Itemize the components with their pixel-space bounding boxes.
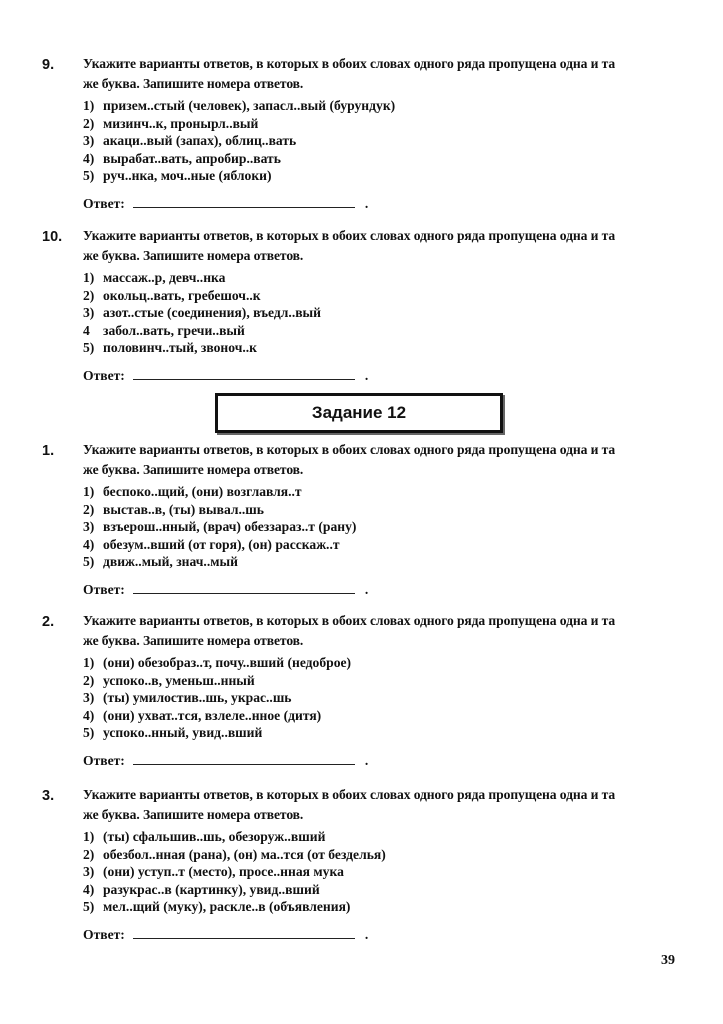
option-item: 5)успоко..нный, увид..вший: [83, 724, 351, 742]
option-text: движ..мый, знач..мый: [103, 554, 238, 569]
option-text: окольц..вать, гребешоч..к: [103, 288, 261, 303]
option-item: 5)движ..мый, знач..мый: [83, 553, 356, 571]
options-list: 1)массаж..р, девч..нка2)окольц..вать, гр…: [83, 269, 321, 357]
option-item: 3)азот..стые (соединения), въедл..вый: [83, 304, 321, 322]
option-text: успоко..нный, увид..вший: [103, 725, 262, 740]
option-text: разукрас..в (картинку), увид..вший: [103, 882, 320, 897]
answer-period: .: [365, 582, 368, 597]
task-question: Укажите варианты ответов, в которых в об…: [83, 785, 683, 825]
option-number: 3): [83, 689, 103, 707]
option-text: руч..нка, моч..ные (яблоки): [103, 168, 272, 183]
question-line-2: же буква. Запишите номера ответов.: [83, 805, 683, 825]
option-number: 1): [83, 654, 103, 672]
option-item: 2)окольц..вать, гребешоч..к: [83, 287, 321, 305]
option-text: обезум..вший (от горя), (он) расскаж..т: [103, 537, 340, 552]
option-text: азот..стые (соединения), въедл..вый: [103, 305, 321, 320]
answer-row: Ответ:.: [83, 752, 368, 769]
option-text: беспоко..щий, (они) возглавля..т: [103, 484, 302, 499]
options-list: 1)призем..стый (человек), запасл..вый (б…: [83, 97, 395, 185]
option-text: успоко..в, уменьш..нный: [103, 673, 255, 688]
option-item: 2)выстав..в, (ты) вывал..шь: [83, 501, 356, 519]
option-number: 1): [83, 483, 103, 501]
answer-period: .: [365, 368, 368, 383]
option-item: 5)мел..щий (муку), раскле..в (объявления…: [83, 898, 386, 916]
option-item: 5)половинч..тый, звоноч..к: [83, 339, 321, 357]
question-line-2: же буква. Запишите номера ответов.: [83, 246, 683, 266]
option-text: мел..щий (муку), раскле..в (объявления): [103, 899, 350, 914]
option-item: 5)руч..нка, моч..ные (яблоки): [83, 167, 395, 185]
option-number: 3): [83, 304, 103, 322]
section-header-box: Задание 12: [215, 393, 503, 433]
answer-label: Ответ:: [83, 927, 125, 942]
options-list: 1)беспоко..щий, (они) возглавля..т2)выст…: [83, 483, 356, 571]
option-number: 2): [83, 672, 103, 690]
answer-row: Ответ:.: [83, 367, 368, 384]
option-number: 2): [83, 501, 103, 519]
option-item: 4)(они) ухват..тся, взлеле..нное (дитя): [83, 707, 351, 725]
task-question: Укажите варианты ответов, в которых в об…: [83, 611, 683, 651]
option-number: 4): [83, 150, 103, 168]
option-text: забол..вать, гречи..вый: [103, 323, 245, 338]
answer-period: .: [365, 753, 368, 768]
question-line-1: Укажите варианты ответов, в которых в об…: [83, 611, 683, 631]
option-item: 4)вырабат..вать, апробир..вать: [83, 150, 395, 168]
task-question: Укажите варианты ответов, в которых в об…: [83, 440, 683, 480]
task-question: Укажите варианты ответов, в которых в об…: [83, 226, 683, 266]
option-text: половинч..тый, звоноч..к: [103, 340, 257, 355]
option-number: 1): [83, 269, 103, 287]
answer-label: Ответ:: [83, 196, 125, 211]
option-item: 2)обезбол..нная (рана), (он) ма..тся (от…: [83, 846, 386, 864]
option-number: 5): [83, 167, 103, 185]
option-number: 5): [83, 724, 103, 742]
option-number: 5): [83, 898, 103, 916]
option-number: 4): [83, 536, 103, 554]
option-item: 1)беспоко..щий, (они) возглавля..т: [83, 483, 356, 501]
section-title: Задание 12: [312, 403, 406, 423]
option-number: 5): [83, 339, 103, 357]
answer-row: Ответ:.: [83, 195, 368, 212]
option-text: (ты) умилостив..шь, украс..шь: [103, 690, 292, 705]
option-number: 4): [83, 707, 103, 725]
option-number: 2): [83, 846, 103, 864]
option-number: 2): [83, 115, 103, 133]
question-line-2: же буква. Запишите номера ответов.: [83, 74, 683, 94]
option-text: (они) обезобраз..т, почу..вший (недоброе…: [103, 655, 351, 670]
option-item: 1)массаж..р, девч..нка: [83, 269, 321, 287]
answer-field[interactable]: [133, 926, 355, 939]
option-number: 3): [83, 518, 103, 536]
task-number: 9.: [42, 57, 54, 73]
option-text: выстав..в, (ты) вывал..шь: [103, 502, 264, 517]
task-question: Укажите варианты ответов, в которых в об…: [83, 54, 683, 94]
option-text: (ты) сфальшив..шь, обезоруж..вший: [103, 829, 325, 844]
option-item: 1)призем..стый (человек), запасл..вый (б…: [83, 97, 395, 115]
answer-label: Ответ:: [83, 753, 125, 768]
option-text: (они) уступ..т (место), просе..нная мука: [103, 864, 344, 879]
option-item: 4)обезум..вший (от горя), (он) расскаж..…: [83, 536, 356, 554]
option-item: 1)(ты) сфальшив..шь, обезоруж..вший: [83, 828, 386, 846]
option-number: 3): [83, 863, 103, 881]
option-number: 4: [83, 322, 103, 340]
task-number: 10.: [42, 229, 62, 245]
option-text: акаци..вый (запах), облиц..вать: [103, 133, 296, 148]
answer-field[interactable]: [133, 581, 355, 594]
option-text: массаж..р, девч..нка: [103, 270, 225, 285]
question-line-1: Укажите варианты ответов, в которых в об…: [83, 54, 683, 74]
question-line-2: же буква. Запишите номера ответов.: [83, 460, 683, 480]
option-item: 4забол..вать, гречи..вый: [83, 322, 321, 340]
task-number: 2.: [42, 614, 54, 630]
option-number: 3): [83, 132, 103, 150]
answer-field[interactable]: [133, 752, 355, 765]
question-line-1: Укажите варианты ответов, в которых в об…: [83, 785, 683, 805]
question-line-2: же буква. Запишите номера ответов.: [83, 631, 683, 651]
option-item: 4)разукрас..в (картинку), увид..вший: [83, 881, 386, 899]
answer-period: .: [365, 196, 368, 211]
question-line-1: Укажите варианты ответов, в которых в об…: [83, 440, 683, 460]
task-number: 1.: [42, 443, 54, 459]
options-list: 1)(они) обезобраз..т, почу..вший (недобр…: [83, 654, 351, 742]
answer-field[interactable]: [133, 195, 355, 208]
question-line-1: Укажите варианты ответов, в которых в об…: [83, 226, 683, 246]
options-list: 1)(ты) сфальшив..шь, обезоруж..вший2)обе…: [83, 828, 386, 916]
option-number: 1): [83, 828, 103, 846]
option-text: мизинч..к, пронырл..вый: [103, 116, 258, 131]
option-item: 3)(ты) умилостив..шь, украс..шь: [83, 689, 351, 707]
page-number: 39: [661, 953, 675, 969]
option-text: призем..стый (человек), запасл..вый (бур…: [103, 98, 395, 113]
answer-row: Ответ:.: [83, 926, 368, 943]
option-text: обезбол..нная (рана), (он) ма..тся (от б…: [103, 847, 386, 862]
task-number: 3.: [42, 788, 54, 804]
answer-label: Ответ:: [83, 582, 125, 597]
option-item: 3)акаци..вый (запах), облиц..вать: [83, 132, 395, 150]
option-item: 2)мизинч..к, пронырл..вый: [83, 115, 395, 133]
option-text: взъерош..нный, (врач) обеззараз..т (рану…: [103, 519, 356, 534]
answer-row: Ответ:.: [83, 581, 368, 598]
answer-label: Ответ:: [83, 368, 125, 383]
option-number: 5): [83, 553, 103, 571]
answer-field[interactable]: [133, 367, 355, 380]
option-item: 1)(они) обезобраз..т, почу..вший (недобр…: [83, 654, 351, 672]
answer-period: .: [365, 927, 368, 942]
option-number: 1): [83, 97, 103, 115]
option-item: 3)(они) уступ..т (место), просе..нная му…: [83, 863, 386, 881]
option-text: (они) ухват..тся, взлеле..нное (дитя): [103, 708, 321, 723]
option-number: 4): [83, 881, 103, 899]
option-text: вырабат..вать, апробир..вать: [103, 151, 281, 166]
option-item: 3)взъерош..нный, (врач) обеззараз..т (ра…: [83, 518, 356, 536]
option-number: 2): [83, 287, 103, 305]
option-item: 2)успоко..в, уменьш..нный: [83, 672, 351, 690]
